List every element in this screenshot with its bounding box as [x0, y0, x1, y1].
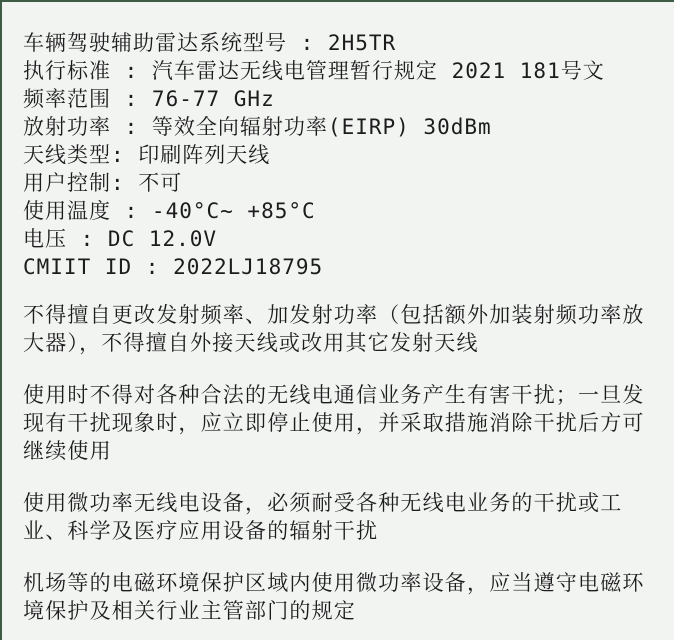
- spec-line-model: 车辆驾驶辅助雷达系统型号 : 2H5TR: [23, 29, 668, 57]
- spec-line-antenna: 天线类型: 印刷阵列天线: [23, 141, 668, 169]
- spec-line-temperature: 使用温度 : -40°C~ +85°C: [23, 197, 668, 225]
- notice-line: 继续使用: [23, 437, 668, 465]
- notice-line: 现有干扰现象时，应立即停止使用，并采取措施消除干扰后方可: [23, 409, 668, 437]
- notice-line: 境保护及相关行业主管部门的规定: [23, 597, 668, 625]
- notice-line: 大器），不得擅自外接天线或改用其它发射天线: [23, 329, 668, 357]
- spec-block: 车辆驾驶辅助雷达系统型号 : 2H5TR 执行标准 : 汽车雷达无线电管理暂行规…: [23, 29, 668, 281]
- spec-line-frequency: 频率范围 : 76-77 GHz: [23, 85, 668, 113]
- notice-paragraph-tolerate-interference: 使用微功率无线电设备，必须耐受各种无线电业务的干扰或工 业、科学及医疗应用设备的…: [23, 489, 668, 545]
- notice-paragraph-protected-areas: 机场等的电磁环境保护区域内使用微功率设备，应当遵守电磁环 境保护及相关行业主管部…: [23, 569, 668, 625]
- radar-regulatory-label: 车辆驾驶辅助雷达系统型号 : 2H5TR 执行标准 : 汽车雷达无线电管理暂行规…: [0, 0, 674, 640]
- spec-line-power: 放射功率 : 等效全向辐射功率(EIRP) 30dBm: [23, 113, 668, 141]
- notice-line: 使用时不得对各种合法的无线电通信业务产生有害干扰；一旦发: [23, 381, 668, 409]
- notice-line: 机场等的电磁环境保护区域内使用微功率设备，应当遵守电磁环: [23, 569, 668, 597]
- spec-line-standard: 执行标准 : 汽车雷达无线电管理暂行规定 2021 181号文: [23, 57, 668, 85]
- spec-line-cmiit-id: CMIIT ID : 2022LJ18795: [23, 253, 668, 281]
- notice-line: 不得擅自更改发射频率、加发射功率（包括额外加装射频功率放: [23, 301, 668, 329]
- spec-line-voltage: 电压 : DC 12.0V: [23, 225, 668, 253]
- spec-line-user-control: 用户控制: 不可: [23, 169, 668, 197]
- notice-line: 使用微功率无线电设备，必须耐受各种无线电业务的干扰或工: [23, 489, 668, 517]
- notice-line: 业、科学及医疗应用设备的辐射干扰: [23, 517, 668, 545]
- notice-paragraph-no-modification: 不得擅自更改发射频率、加发射功率（包括额外加装射频功率放 大器），不得擅自外接天…: [23, 301, 668, 357]
- notice-paragraph-no-interference: 使用时不得对各种合法的无线电通信业务产生有害干扰；一旦发 现有干扰现象时，应立即…: [23, 381, 668, 465]
